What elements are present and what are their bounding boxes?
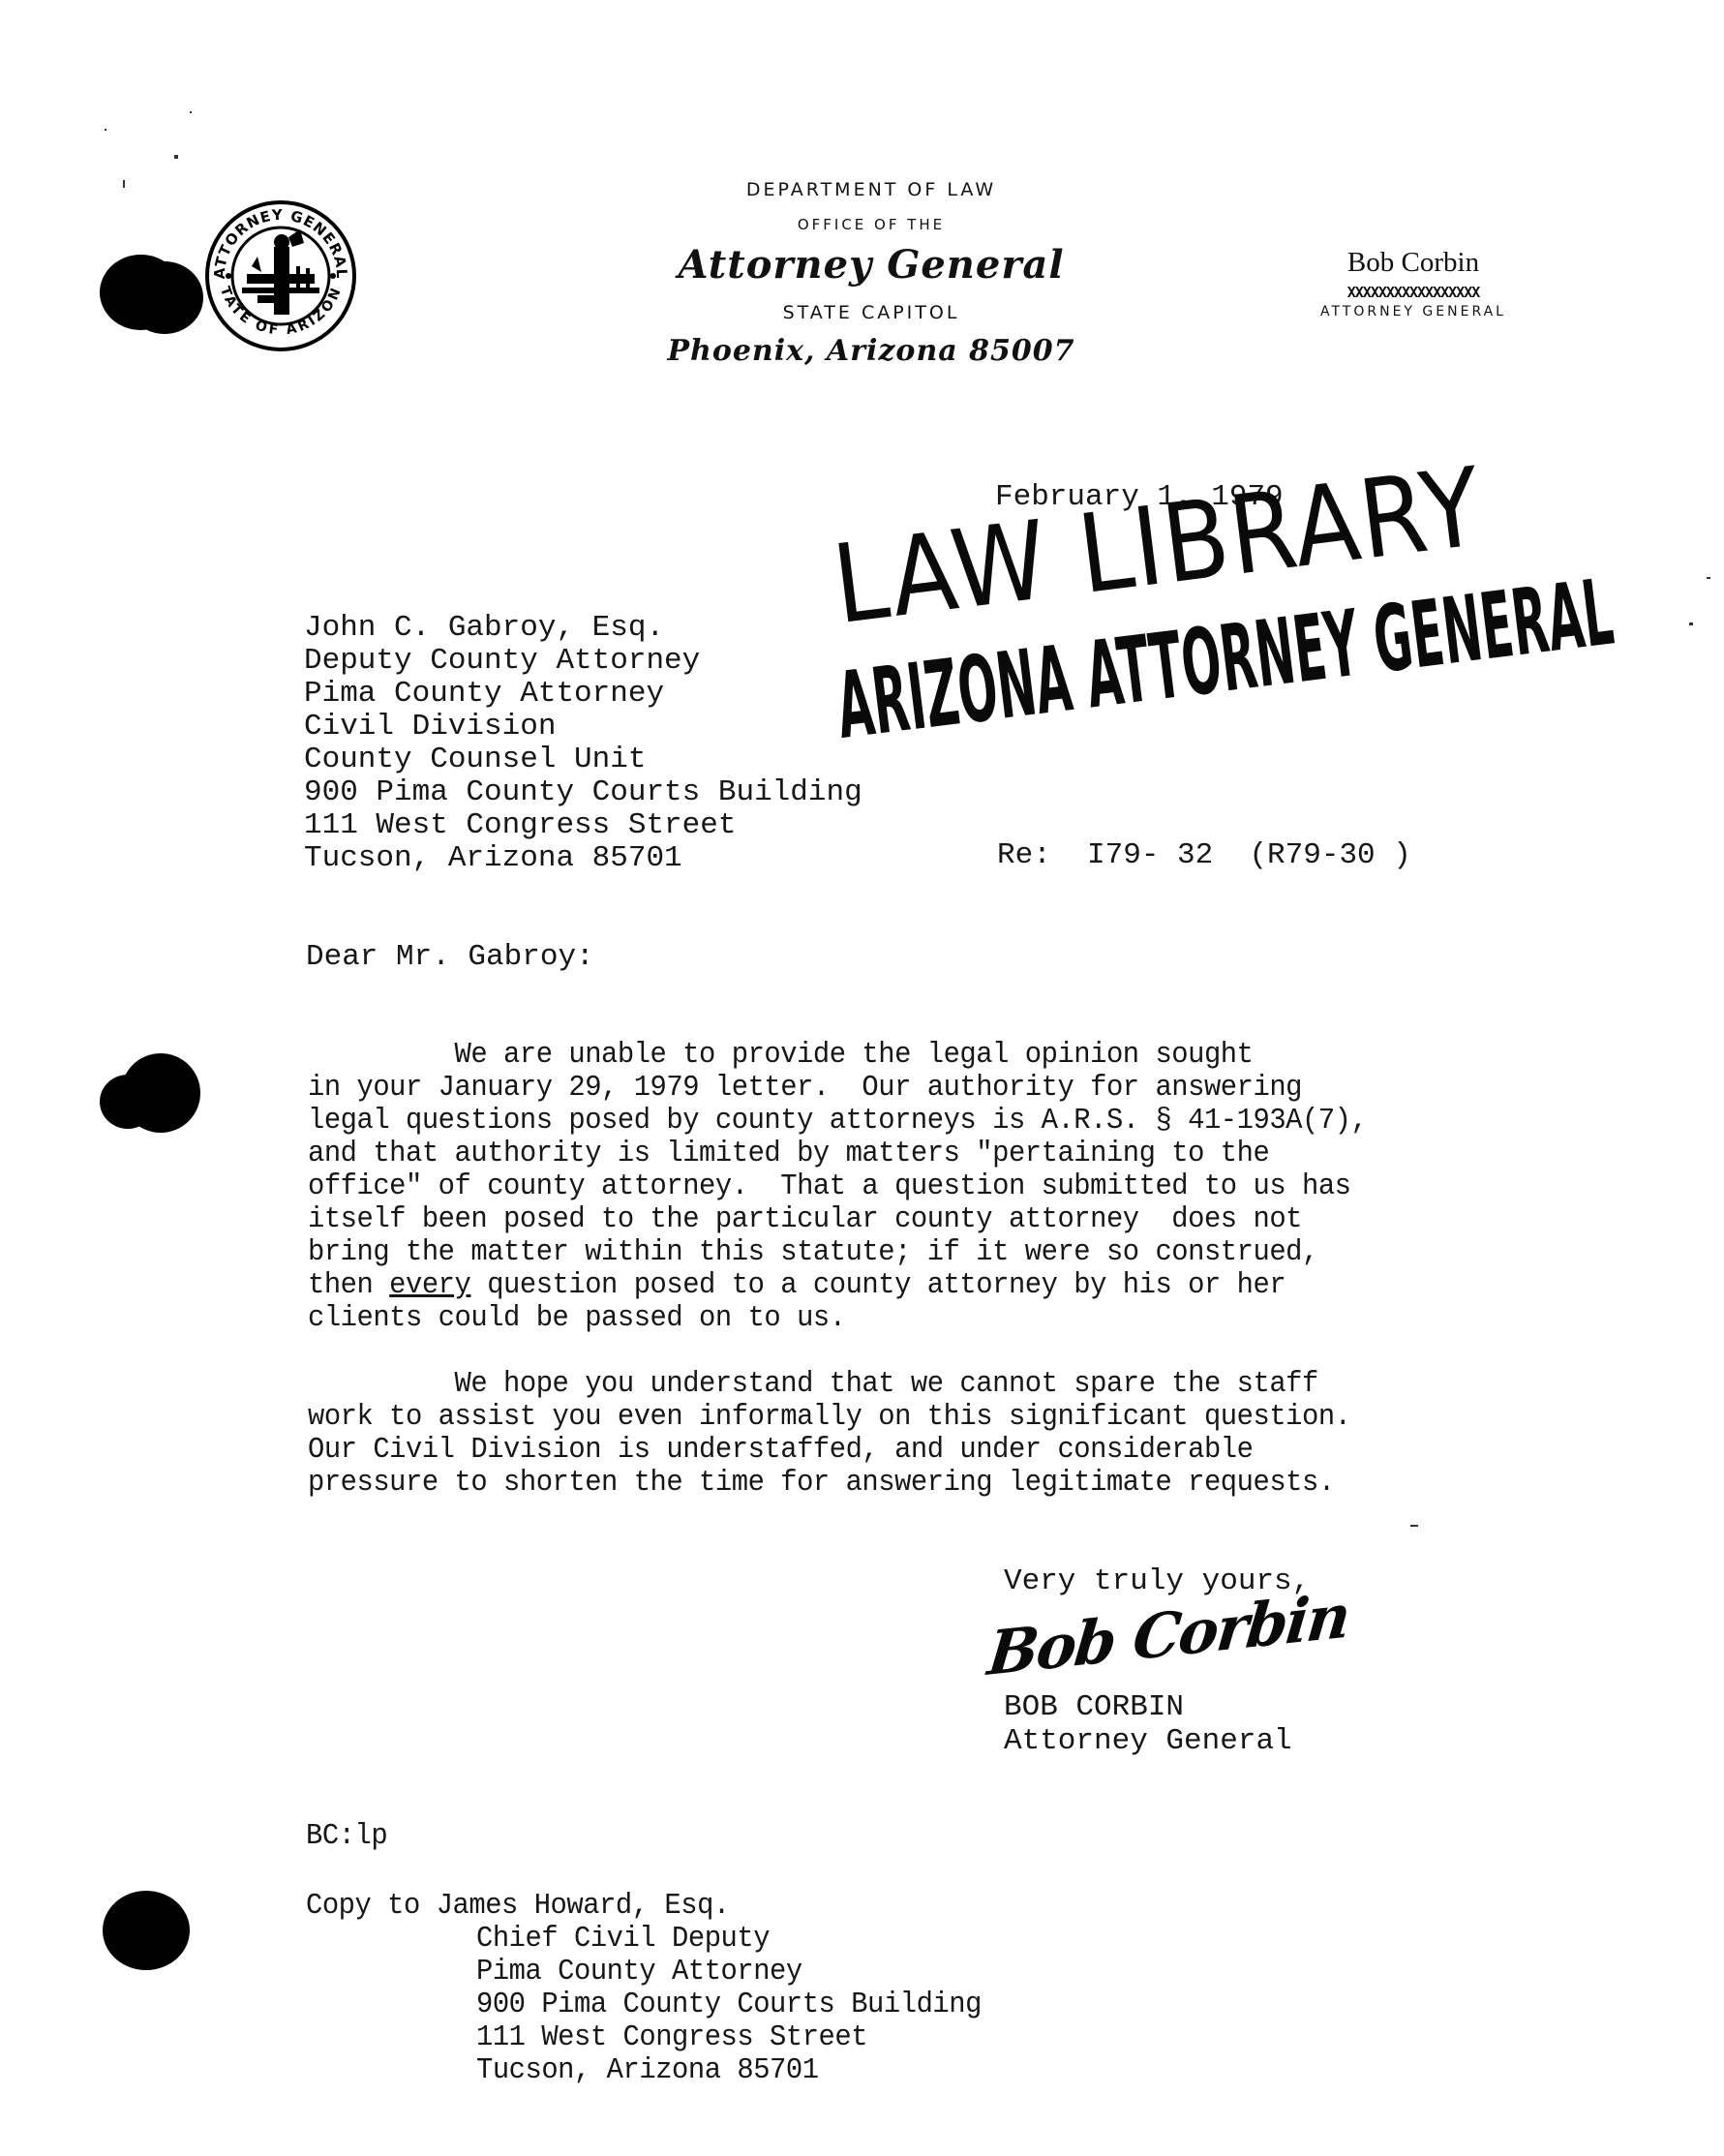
body-line-rest: question posed to a county attorney by h…: [470, 1268, 1285, 1302]
recipient-line: Pima County Attorney: [304, 678, 862, 711]
scan-speck: [190, 111, 192, 113]
copy-to-line: James Howard, Esq.: [437, 1889, 730, 1923]
recipient-address: John C. Gabroy, Esq. Deputy County Attor…: [304, 612, 862, 875]
body-line: and that authority is limited by matters…: [308, 1138, 1367, 1170]
body-line-with-emphasis: then every question posed to a county at…: [308, 1269, 1367, 1302]
copy-to-line: Tucson, Arizona 85701: [476, 2054, 982, 2087]
copy-to-block: Copy to James Howard, Esq. Chief Civil D…: [306, 1890, 762, 1923]
recipient-line: Civil Division: [304, 711, 862, 744]
letterhead-official: Bob Corbin XXXXXXXXXXXXXXXXX ATTORNEY GE…: [1283, 247, 1544, 319]
copy-to-line: Chief Civil Deputy: [476, 1923, 982, 1956]
body-line: legal questions posed by county attorney…: [308, 1105, 1367, 1138]
body-line: Our Civil Division is understaffed, and …: [308, 1434, 1350, 1467]
struck-line: XXXXXXXXXXXXXXXXX: [1283, 285, 1544, 300]
body-line: office" of county attorney. That a quest…: [308, 1170, 1367, 1203]
copy-to-first-line: Copy to James Howard, Esq.: [306, 1890, 730, 1923]
body-paragraph-2: We hope you understand that we cannot sp…: [308, 1368, 1430, 1500]
copy-to-line: 111 West Congress Street: [476, 2021, 982, 2054]
recipient-line: John C. Gabroy, Esq.: [304, 612, 862, 645]
emphasized-word: every: [389, 1268, 470, 1302]
official-title: ATTORNEY GENERAL: [1283, 304, 1544, 319]
copy-to-line: Pima County Attorney: [476, 1956, 982, 1989]
body-line: work to assist you even informally on th…: [308, 1401, 1350, 1434]
scan-speck: [174, 155, 178, 159]
recipient-line: Deputy County Attorney: [304, 645, 862, 678]
signer-title: Attorney General: [1004, 1725, 1292, 1758]
body-line: We hope you understand that we cannot sp…: [308, 1368, 1350, 1401]
scan-speck: [1410, 1525, 1418, 1527]
letterhead-building: STATE CAPITOL: [629, 302, 1113, 323]
scan-speck: [105, 129, 106, 131]
copy-to-address: Chief Civil Deputy Pima County Attorney …: [476, 1923, 1019, 2087]
signer-name: BOB CORBIN: [1004, 1691, 1184, 1724]
body-line: in your January 29, 1979 letter. Our aut…: [308, 1072, 1367, 1105]
copy-to-line: 900 Pima County Courts Building: [476, 1989, 982, 2021]
body-paragraph-1: We are unable to provide the legal opini…: [308, 1039, 1447, 1335]
punch-hole-top-overlap: [126, 261, 203, 334]
salutation: Dear Mr. Gabroy:: [306, 941, 594, 974]
attorney-general-seal: ATTORNEY GENERAL STATE OF ARIZONA: [203, 198, 358, 353]
body-line: clients could be passed on to us.: [308, 1302, 1367, 1335]
recipient-line: 900 Pima County Courts Building: [304, 776, 862, 809]
recipient-line: Tucson, Arizona 85701: [304, 842, 862, 875]
letterhead-office-name: Attorney General: [629, 242, 1113, 288]
body-line: itself been posed to the particular coun…: [308, 1203, 1367, 1236]
reference-initials: BC:lp: [306, 1820, 387, 1853]
seal-icon: ATTORNEY GENERAL STATE OF ARIZONA: [203, 198, 358, 353]
scan-speck: [123, 180, 125, 188]
official-name: Bob Corbin: [1283, 247, 1544, 279]
letterhead-office-of-the: OFFICE OF THE: [629, 216, 1113, 233]
scan-speck: [1689, 623, 1693, 625]
recipient-line: County Counsel Unit: [304, 744, 862, 776]
signature: Bob Corbin: [987, 1599, 1349, 1670]
copy-to-label: Copy to: [306, 1889, 420, 1923]
letterhead-city: Phoenix, Arizona 85007: [629, 334, 1113, 368]
body-line: bring the matter within this statute; if…: [308, 1236, 1367, 1269]
punch-hole-middle-overlap: [121, 1053, 200, 1133]
reference-line: Re: I79- 32 (R79-30 ): [997, 839, 1411, 872]
letterhead-department: DEPARTMENT OF LAW: [629, 179, 1113, 200]
recipient-line: 111 West Congress Street: [304, 809, 862, 842]
body-line-start: then: [308, 1268, 389, 1302]
body-line: pressure to shorten the time for answeri…: [308, 1467, 1350, 1500]
body-line: We are unable to provide the legal opini…: [308, 1039, 1367, 1072]
punch-hole-bottom: [103, 1891, 190, 1970]
scan-speck: [1707, 577, 1710, 579]
